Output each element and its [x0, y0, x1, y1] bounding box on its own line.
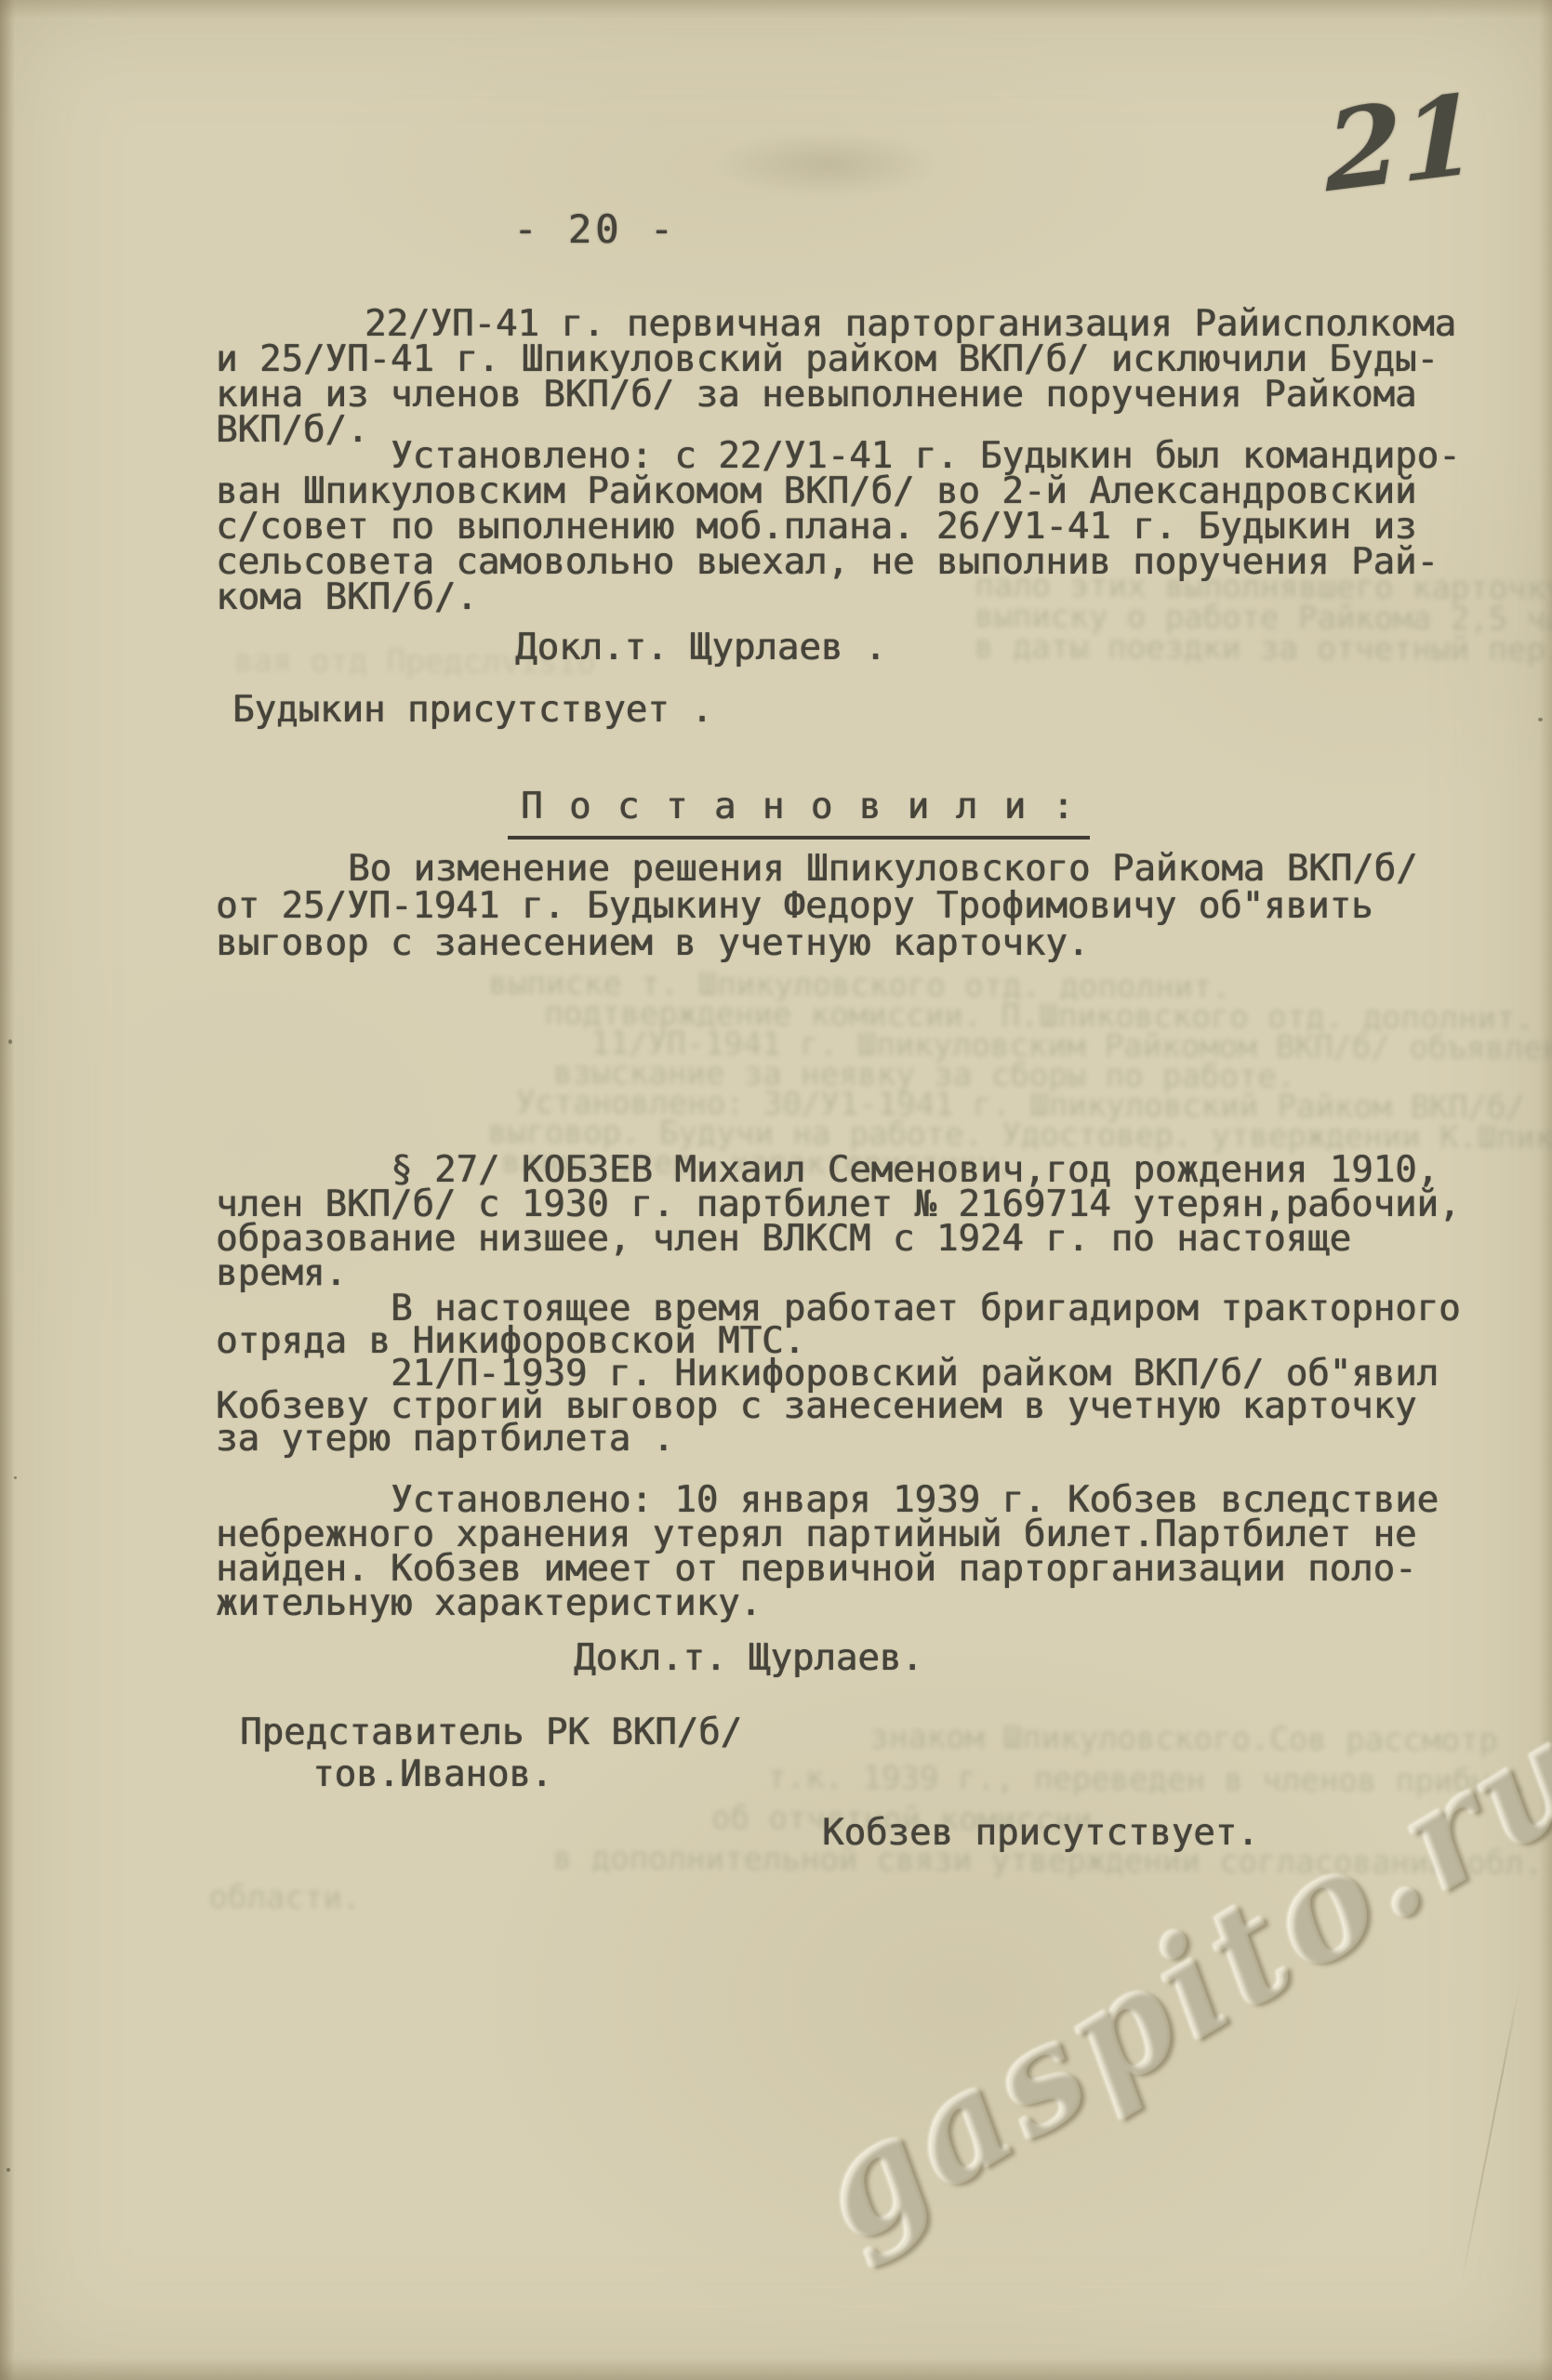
typewritten-line: с/совет по выполнению моб.плана. 26/У1-4… — [216, 509, 1461, 545]
typewritten-line: Установлено: 10 января 1939 г. Кобзев вс… — [391, 1483, 1439, 1517]
handwritten-page-number: 21 — [1324, 69, 1478, 218]
attendance-line-kobzev: Кобзев присутствует. — [822, 1816, 1259, 1851]
typewritten-line: член ВКП/б/ с 1930 г. партбилет № 216971… — [216, 1187, 1460, 1222]
scanned-document-page: - 20 - 21 пало этих выполнявшего карточк… — [0, 0, 1552, 2380]
typewritten-line: сельсовета самовольно выехал, не выполни… — [216, 545, 1461, 580]
typewritten-line: небрежного хранения утерял партийный бил… — [216, 1517, 1439, 1552]
typewritten-line: 22/УП-41 г. первичная парторганизация Ра… — [365, 307, 1456, 342]
representative-name: тов.Иванов. — [312, 1757, 552, 1792]
typewritten-line: и 25/УП-41 г. Шпикуловский райком ВКП/б/… — [216, 342, 1456, 377]
speaker-line: Докл.т. Щурлаев. — [574, 1641, 923, 1676]
paper-speckle — [14, 1476, 17, 1479]
paper-speckle — [8, 1039, 12, 1044]
paragraph-kobzev-ustanovleno: Установлено: 10 января 1939 г. Кобзев вс… — [216, 1483, 1439, 1620]
paragraph-budykin-ustanovleno: Установлено: с 22/У1-41 г. Будыкин был к… — [216, 439, 1461, 615]
paragraph-kobzev-intro: § 27/ КОБЗЕВ Михаил Семенович,год рожден… — [216, 1153, 1460, 1290]
paragraph-resolution: Во изменение решения Шпикуловского Райко… — [216, 851, 1418, 962]
paragraph-budykin-exclusion: 22/УП-41 г. первичная парторганизация Ра… — [216, 307, 1456, 448]
typewritten-line: жительную характеристику. — [216, 1586, 1439, 1620]
typewritten-line: найден. Кобзев имеет от первичной партор… — [216, 1552, 1439, 1586]
paper-smudge — [716, 132, 939, 197]
typewritten-line: кина из членов ВКП/б/ за невыполнение по… — [216, 377, 1456, 413]
paper-scratch — [1461, 1983, 1521, 2284]
paper-speckle — [7, 2168, 10, 2172]
typewritten-line: Во изменение решения Шпикуловского Райко… — [348, 851, 1418, 888]
attendance-line-budykin: Будыкин присутствует . — [232, 693, 713, 728]
representative-line: Представитель РК ВКП/б/ — [240, 1715, 742, 1751]
typewritten-line: за утерю партбилета . — [216, 1422, 1439, 1455]
paragraph-kobzev-work: В настоящее время работает бригадиром тр… — [216, 1292, 1461, 1357]
resolution-heading-text: П о с т а н о в и л и : — [508, 786, 1090, 840]
typewritten-line: от 25/УП-1941 г. Будыкину Федору Трофимо… — [216, 888, 1418, 925]
typewritten-line: выговор с занесением в учетную карточку. — [216, 925, 1418, 962]
resolution-heading: П о с т а н о в и л и : — [508, 786, 1090, 840]
paragraph-kobzev-reprimand: 21/П-1939 г. Никифоровский райком ВКП/б/… — [216, 1357, 1439, 1455]
typewritten-line: § 27/ КОБЗЕВ Михаил Семенович,год рожден… — [391, 1153, 1460, 1187]
typewritten-line: кома ВКП/б/. — [216, 580, 1461, 615]
paper-speckle — [1538, 718, 1543, 721]
speaker-line: Докл.т. Щурлаев . — [515, 630, 886, 666]
typewritten-line: ван Шпикуловским Райкомом ВКП/б/ во 2-й … — [216, 474, 1461, 509]
typewritten-line: Установлено: с 22/У1-41 г. Будыкин был к… — [391, 439, 1461, 474]
page-number: - 20 - — [437, 206, 753, 252]
typewritten-line: время. — [216, 1256, 1460, 1290]
typewritten-line: образование низшее, член ВЛКСМ с 1924 г.… — [216, 1222, 1460, 1256]
